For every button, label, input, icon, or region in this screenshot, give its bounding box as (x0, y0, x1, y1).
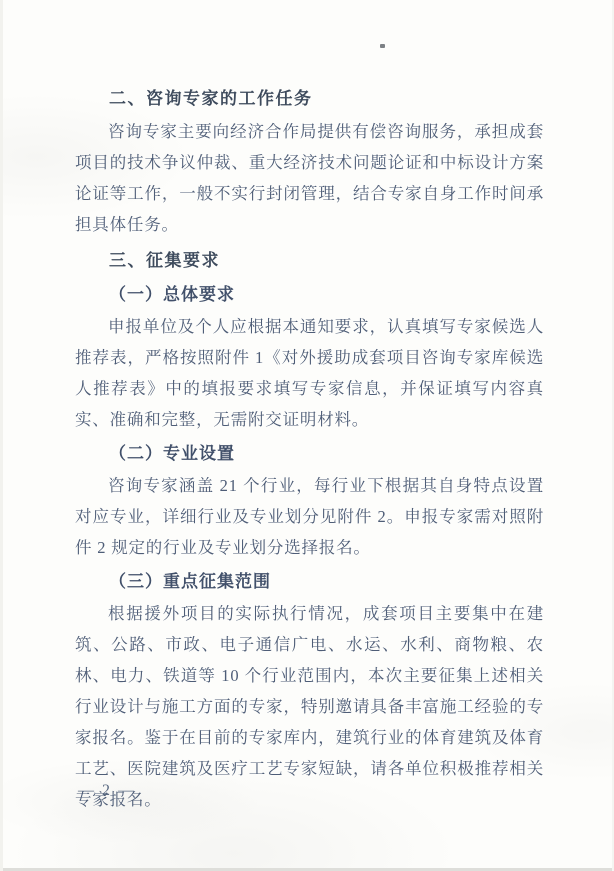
document-page: 二、咨询专家的工作任务 咨询专家主要向经济合作局提供有偿咨询服务，承担成套项目的… (0, 0, 614, 871)
paragraph-specialty-setup: 咨询专家涵盖 21 个行业，每行业下根据其自身特点设置对应专业，详细行业及专业划… (75, 470, 544, 563)
page-number: — 2 — (78, 782, 136, 800)
scan-speck-artifact (380, 44, 385, 48)
document-body: 二、咨询专家的工作任务 咨询专家主要向经济合作局提供有偿咨询服务，承担成套项目的… (75, 78, 544, 815)
section-heading-2: 二、咨询专家的工作任务 (75, 83, 544, 114)
subsection-heading-3: （三）重点征集范围 (75, 566, 544, 597)
subsection-heading-2: （二）专业设置 (75, 438, 544, 469)
paragraph-general-requirements: 申报单位及个人应根据本通知要求，认真填写专家候选人推荐表，严格按照附件 1《对外… (75, 311, 544, 435)
paragraph-key-collection-scope: 根据援外项目的实际执行情况，成套项目主要集中在建筑、公路、市政、电子通信广电、水… (75, 598, 544, 815)
section-heading-3: 三、征集要求 (75, 245, 544, 276)
subsection-heading-1: （一）总体要求 (75, 279, 544, 310)
paragraph-work-tasks: 咨询专家主要向经济合作局提供有偿咨询服务，承担成套项目的技术争议仲裁、重大经济技… (75, 116, 544, 240)
